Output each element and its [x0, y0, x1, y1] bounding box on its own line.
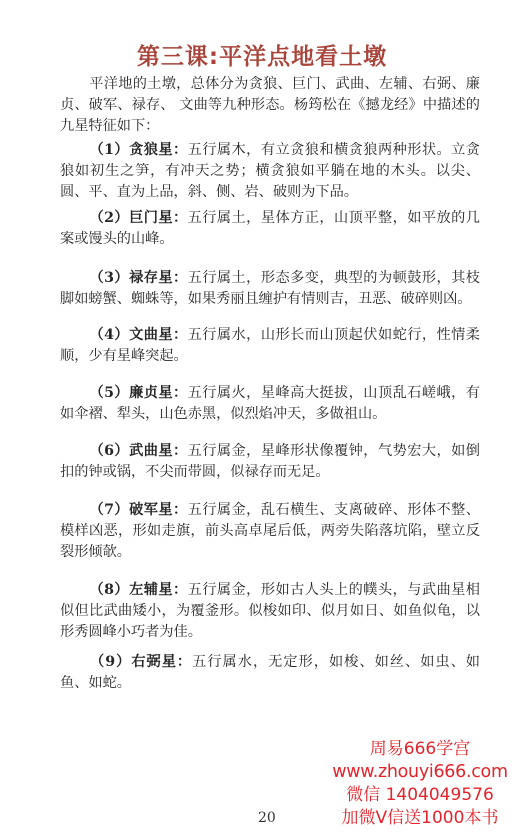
star-item-2: （2）巨门星：五行属土，星体方正，山顶平整，如平放的几案或馒头的山峰。 [60, 208, 480, 250]
star-item-1: （1）贪狼星：五行属木，有立贪狼和横贪狼两种形状。立贪狼如初生之笋，有冲天之势；… [60, 140, 480, 203]
item-number: （6） [89, 443, 129, 459]
star-item-3: （3）禄存星：五行属土，形态多变，典型的为顿鼓形，其枝脚如螃蟹、蜘蛛等，如果秀丽… [60, 268, 480, 310]
item-name: 破军星： [129, 502, 188, 518]
star-item-6: （6）武曲星：五行属金，星峰形状像覆钟，气势宏大，如倒扣的钟或锅，不尖而带圆，似… [60, 441, 480, 483]
item-name: 巨门星： [129, 210, 188, 226]
item-number: （8） [89, 582, 129, 598]
item-number: （9） [89, 654, 131, 670]
star-item-9: （9）右弼星：五行属水，无定形，如梭、如丝、如虫、如鱼、如蛇。 [60, 652, 480, 694]
item-name: 贪狼星： [129, 142, 188, 158]
item-name: 左辅星： [129, 582, 188, 598]
item-number: （7） [89, 502, 129, 518]
item-name: 右弼星： [131, 654, 192, 670]
watermark-brand: 周易666学宫 [320, 738, 520, 761]
watermark-wechat: 微信 1404049576 [320, 784, 520, 807]
item-name: 文曲星： [129, 327, 188, 343]
watermark: 周易666学宫 www.zhouyi666.com 微信 1404049576 … [320, 738, 520, 830]
star-item-7: （7）破军星：五行属金，乱石横生、支离破碎、形体不整、模样凶恶，形如走旗，前头高… [60, 500, 480, 563]
item-number: （3） [89, 270, 129, 286]
item-name: 廉贞星： [129, 385, 188, 401]
item-number: （1） [89, 142, 129, 158]
intro-text: 平洋地的土墩，总体分为贪狼、巨门、武曲、左辅、右弼、廉贞、破军、禄存、 文曲等九… [60, 76, 480, 134]
star-item-5: （5）廉贞星：五行属火，星峰高大挺拔，山顶乱石嵯峨，有如伞褶、犁头，山色赤黑，似… [60, 383, 480, 425]
star-item-8: （8）左辅星：五行属金，形如古人头上的幞头，与武曲星相似但比武曲矮小，为覆釜形。… [60, 580, 480, 643]
intro-paragraph: 平洋地的土墩，总体分为贪狼、巨门、武曲、左辅、右弼、廉贞、破军、禄存、 文曲等九… [60, 74, 480, 137]
page-number: 20 [258, 810, 276, 826]
item-name: 禄存星： [129, 270, 188, 286]
item-number: （2） [89, 210, 129, 226]
star-item-4: （4）文曲星：五行属水，山形长而山顶起伏如蛇行，性情柔顺，少有星峰突起。 [60, 325, 480, 367]
item-number: （4） [89, 327, 129, 343]
item-number: （5） [89, 385, 129, 401]
item-name: 武曲星： [129, 443, 188, 459]
page-title: 第三课:平洋点地看土墩 [0, 38, 524, 71]
watermark-url: www.zhouyi666.com [320, 761, 520, 784]
document-page: 第三课:平洋点地看土墩 平洋地的土墩，总体分为贪狼、巨门、武曲、左辅、右弼、廉贞… [0, 0, 524, 836]
watermark-promo: 加微V信送1000本书 [320, 807, 520, 830]
